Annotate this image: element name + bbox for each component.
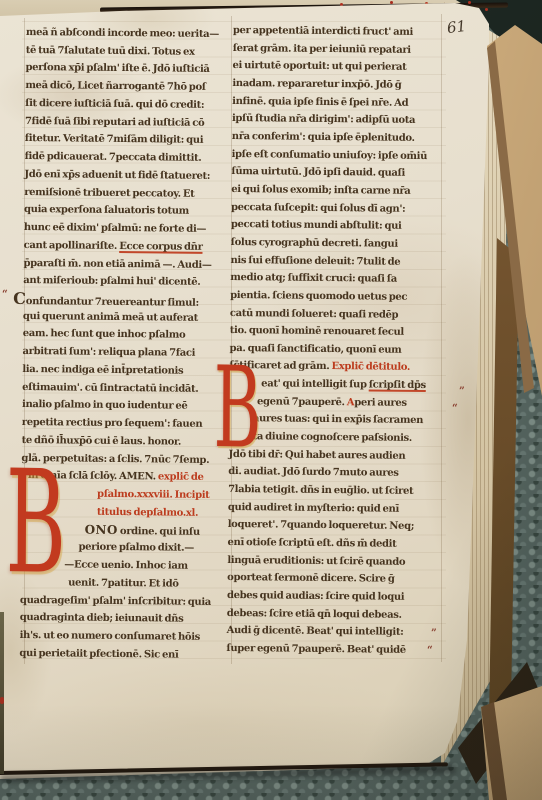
margin-line (441, 14, 442, 662)
text-line: p̄paraſti m̄. non etiā animā —. Audi— (23, 255, 229, 275)
margin-quote-mark: ” (431, 629, 436, 639)
text-line: ſolus cyrographū decreti. ſangui (231, 234, 437, 254)
text-line: loqueret'. 7quando loqueretur. Neq; (228, 516, 434, 536)
text-line: oporteat ſermonē dicere. Scire ḡ (227, 569, 433, 589)
text-line: meā dicō, Licet ñarrogantē 7hō poſ (25, 77, 231, 97)
text-line: ſit dicere iuſticiā ſuā. qui dō credit: (25, 95, 231, 115)
text-line: cant apollinariſte. Ecce corpus dn̄r (24, 237, 230, 257)
text-line: inadam. repararetur inxp̄ō. Jdō ḡ (232, 75, 438, 95)
manuscript-photo: meā ñ abſcondi incorde meo: uerita—tē tu… (0, 0, 542, 800)
text-line: quadraginta dieb; ieiunauit dñs (20, 609, 226, 629)
text-column-right: per appetentiā interdicti fruct' amiſera… (226, 22, 439, 660)
folio-number: 61 (446, 17, 467, 37)
text-line: tio. quonī hominē renouaret ſecul (230, 322, 436, 342)
text-line: ſerat grām. ita per ieiuniū repatari (233, 40, 439, 60)
decorated-initial-b-left: B (5, 452, 66, 595)
text-line: Jdō enī xp̄s aduenit ut fidē ſtatueret: (24, 166, 230, 186)
text-line: fidē pdicauerat. 7peccata dimittit. (25, 148, 231, 168)
margin-quote-mark: “ (2, 290, 7, 300)
text-line: ipſe eſt conſumatio uniuſoy: ipſe om̄iū (232, 146, 438, 166)
text-line: ant miſerioub: pſalmi hui' dicentē. (23, 272, 229, 292)
text-line: qui querunt animā meā ut auferat (23, 308, 229, 328)
text-line: 7fidē ſuā ſibi reputari ad iuſticiā cō (25, 113, 231, 133)
text-line: eam. hec ſunt que inhoc pſalmo (23, 325, 229, 345)
text-line: fitetur. Veritatē 7miſām diligit: qui (25, 130, 231, 150)
text-line: per appetentiā interdicti fruct' ami (233, 22, 439, 42)
margin-quote-mark: “ (427, 646, 432, 656)
text-line: eſtimauim'. cū ſintractatū incidāt. (22, 379, 228, 399)
text-line: qui perietaiit pfectionē. Sic enī (19, 645, 225, 665)
text-line: medio atq; ſuffixit cruci: quaſi ſa (230, 269, 436, 289)
text-line: enī otioſe ſcriptū eſt. dñs m̄ dedit (227, 534, 433, 554)
text-line: pientia. ſciens quomodo uetus pec (230, 287, 436, 307)
margin-quote-mark: “ (452, 404, 457, 414)
text-line: quid audiret in myſterio: quid enī (228, 499, 434, 519)
text-line: hunc eē dixim' pſalmū: ne forte di— (24, 219, 230, 239)
text-line: Confundantur 7reuereantur ſimul: (23, 290, 229, 310)
binding-sliver (0, 612, 4, 774)
text-line: perſona xp̄i pſalm' iſte ē. Jdō iuſticiā (25, 59, 231, 79)
text-line: tē tuā 7ſalutate tuū dixi. Totus ex (26, 42, 232, 62)
text-line: debeas: ſcire etiā qn̄ loqui debeas. (227, 605, 433, 625)
text-line: ih's. ut eo numero conſumaret hōis (20, 627, 226, 647)
text-line: arbitrati ſum': reliqua plana 7faci (22, 343, 228, 363)
red-edge-speck (340, 3, 343, 6)
text-line: inalio pſalmo in quo iudentur eē (22, 396, 228, 416)
text-line: peccati totius mundi abſtulit: qui (231, 216, 437, 236)
text-line: lia. nec indiga eē int̄pretationis (22, 361, 228, 381)
text-line: peccata ſuſcepit: qui ſolus dī agn': (231, 199, 437, 219)
text-line: ipſū ſtudia nr̄a dirigim': adipſū uota (232, 110, 438, 130)
text-line: ei qui ſolus exomib; inſta carne nr̄a (231, 181, 437, 201)
text-line: catū mundi ſolueret: quaſi redēp (230, 304, 436, 324)
text-line: ſuper egenū 7pauperē. Beat' quidē (226, 640, 432, 660)
text-line: repetita rectius pro ſequem': fauen (22, 414, 228, 434)
text-line: ei uirtutē oportuit: ut qui perierat (232, 57, 438, 77)
red-edge-speck (0, 697, 4, 704)
text-line: meā ñ abſcondi incorde meo: uerita— (26, 24, 232, 44)
text-line: quia experſona ſaluatoris totum (24, 201, 230, 221)
decorated-initial-b-right: B (213, 352, 261, 465)
text-line: nr̄a conferim': quia ipſe ēplenitudo. (232, 128, 438, 148)
text-line: linguā eruditionis: ut ſcirē quando (227, 552, 433, 572)
text-line: remiſsionē tribueret peccatoy. Et (24, 184, 230, 204)
margin-quote-mark: ” (459, 387, 464, 397)
text-line: infinē. quia ipſe finis ē ſpei nr̄e. Ad (232, 93, 438, 113)
text-line: nis ſui effuſione deleuit: 7tulit de (230, 252, 436, 272)
manuscript-page: meā ñ abſcondi incorde meo: uerita—tē tu… (0, 0, 542, 800)
text-line: debes quid audias: ſcire quid loqui (227, 587, 433, 607)
text-line: 7labia tetigit. dñs in euḡlio. ut ſciret (228, 481, 434, 501)
text-line: Audi ḡ dicentē. Beat' qui intelligit: (227, 622, 433, 642)
text-line: ſūma uirtutū. Jdō ipſi dauid. quaſi (231, 163, 437, 183)
